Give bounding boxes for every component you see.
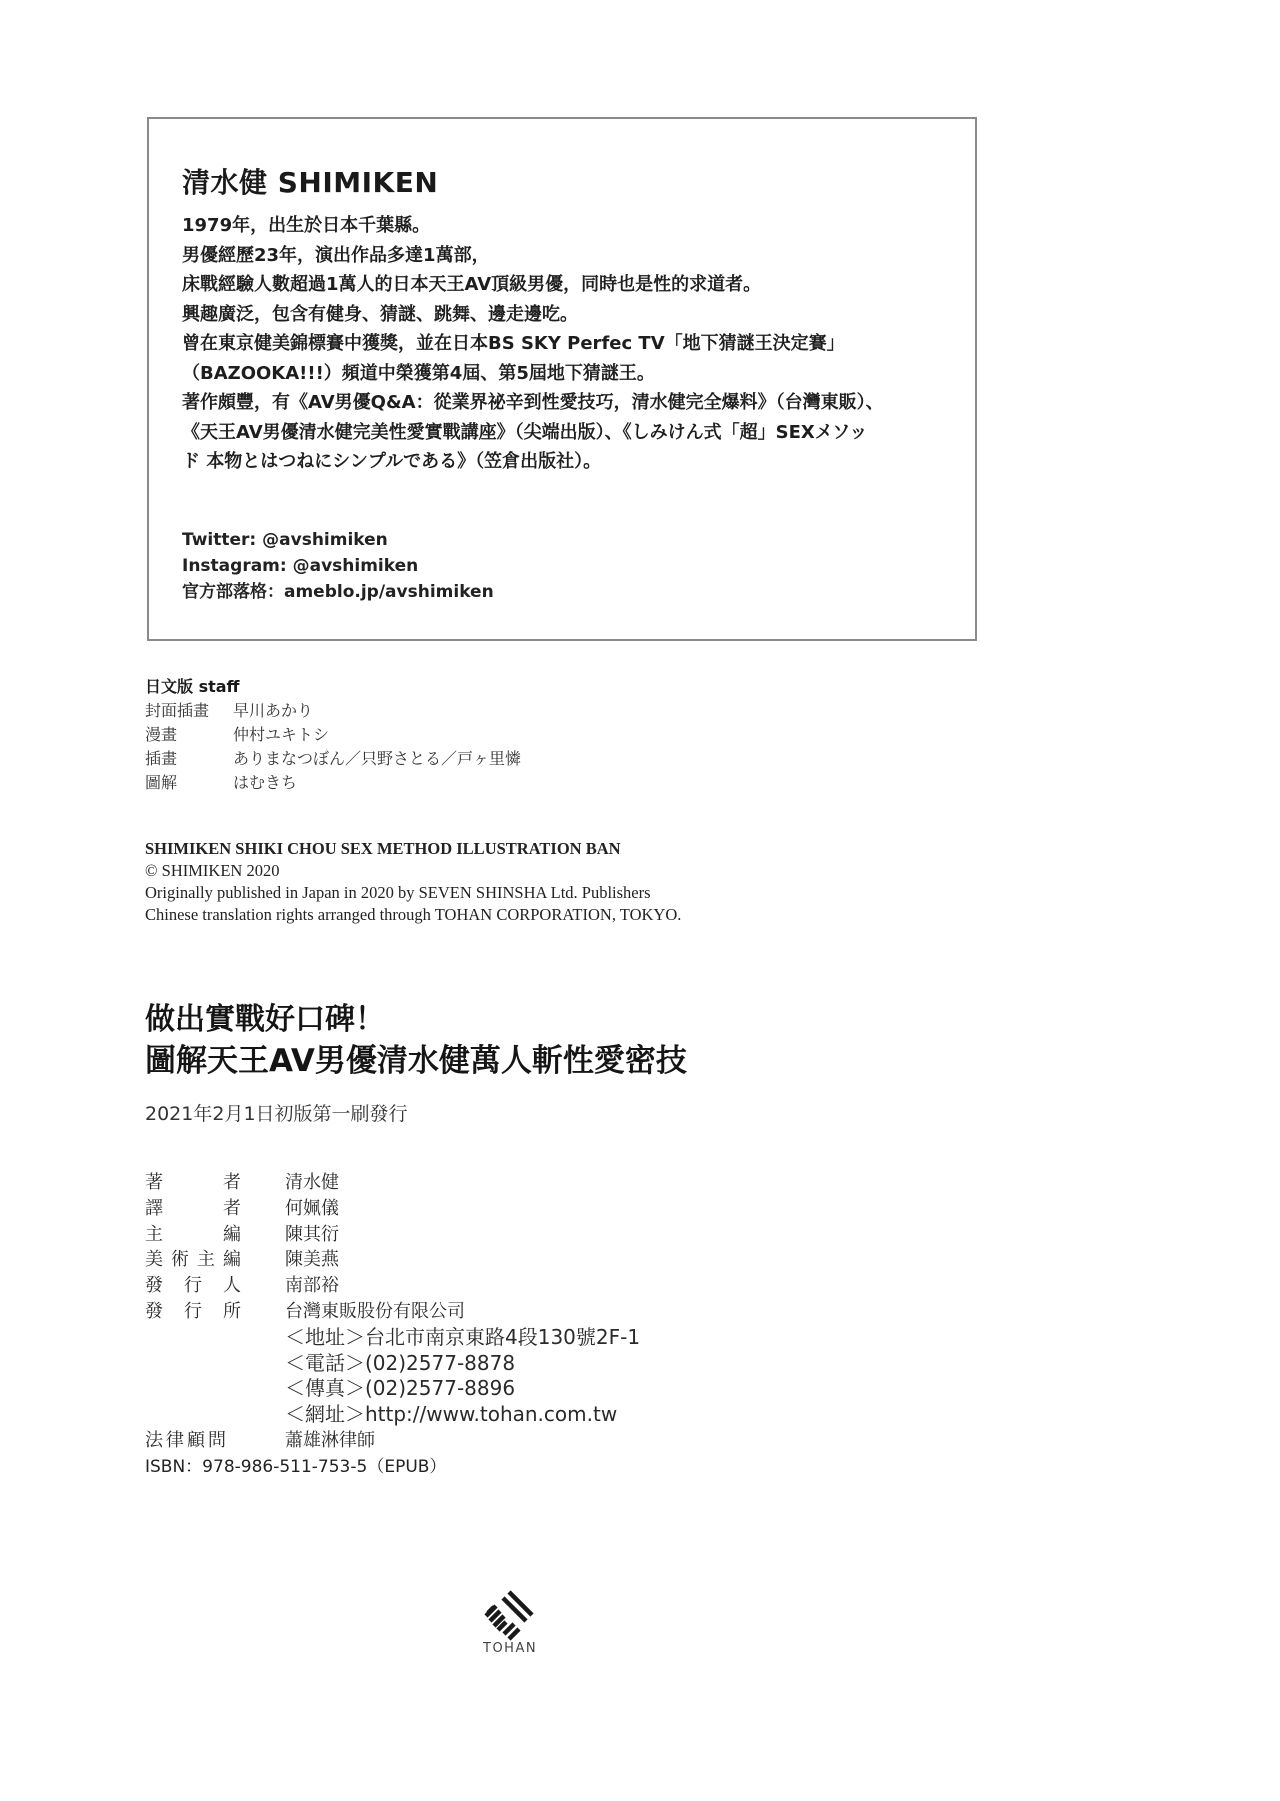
credit-value: 何姵儀 bbox=[285, 1196, 339, 1222]
credit-row-translator: 譯 者 何姵儀 bbox=[145, 1196, 640, 1222]
credit-row-legal: 法律顧問 蕭雄淋律師 bbox=[145, 1428, 640, 1454]
credit-role: 發 行 人 bbox=[145, 1273, 241, 1299]
author-bio-box: 清水健 SHIMIKEN 1979年，出生於日本千葉縣。 男優經歷23年，演出作… bbox=[147, 117, 977, 641]
staff-row: 封面插畫 早川あかり bbox=[145, 699, 521, 723]
bio-line: 1979年，出生於日本千葉縣。 bbox=[182, 211, 962, 241]
isbn: ISBN：978-986-511-753-5（EPUB） bbox=[145, 1454, 640, 1480]
rights-section: SHIMIKEN SHIKI CHOU SEX METHOD ILLUSTRAT… bbox=[145, 838, 681, 926]
original-title: SHIMIKEN SHIKI CHOU SEX METHOD ILLUSTRAT… bbox=[145, 838, 681, 860]
staff-role: 漫畫 bbox=[145, 723, 233, 747]
staff-name: 早川あかり bbox=[233, 699, 313, 723]
staff-name: 仲村ユキトシ bbox=[233, 723, 329, 747]
staff-row: 插畫 ありまなつぼん／只野さとる／戸ヶ里憐 bbox=[145, 747, 521, 771]
publisher-address: ＜地址＞台北市南京東路4段130號2F-1 bbox=[145, 1325, 640, 1351]
bio-line: 男優經歷23年，演出作品多達1萬部， bbox=[182, 241, 962, 271]
credit-value: 陳其衍 bbox=[285, 1222, 339, 1248]
publisher-phone: ＜電話＞(02)2577-8878 bbox=[145, 1351, 640, 1377]
bio-line: 《天王AV男優清水健完美性愛實戰講座》（尖端出版）、《しみけん式「超」SEXメソ… bbox=[182, 418, 962, 448]
credit-role: 著 者 bbox=[145, 1170, 241, 1196]
credit-value: 蕭雄淋律師 bbox=[285, 1428, 375, 1454]
staff-role: 圖解 bbox=[145, 771, 233, 795]
publisher-fax: ＜傳真＞(02)2577-8896 bbox=[145, 1376, 640, 1402]
credit-row-publisher-company: 發 行 所 台灣東販股份有限公司 bbox=[145, 1299, 640, 1325]
credit-role: 主 編 bbox=[145, 1222, 241, 1248]
twitter-handle: Twitter: @avshimiken bbox=[182, 527, 494, 553]
credit-value: 南部裕 bbox=[285, 1273, 339, 1299]
credit-value: 清水健 bbox=[285, 1170, 339, 1196]
original-publisher: Originally published in Japan in 2020 by… bbox=[145, 882, 681, 904]
staff-name: はむきち bbox=[233, 771, 297, 795]
official-blog: 官方部落格：ameblo.jp/avshimiken bbox=[182, 579, 494, 605]
publisher-website: ＜網址＞http://www.tohan.com.tw bbox=[145, 1402, 640, 1428]
credit-row-editor: 主 編 陳其衍 bbox=[145, 1222, 640, 1248]
book-title: 做出實戰好口碑！ 圖解天王AV男優清水健萬人斬性愛密技 bbox=[145, 1000, 687, 1082]
staff-row: 圖解 はむきち bbox=[145, 771, 521, 795]
author-social-links: Twitter: @avshimiken Instagram: @avshimi… bbox=[182, 527, 494, 605]
credit-row-author: 著 者 清水健 bbox=[145, 1170, 640, 1196]
instagram-handle: Instagram: @avshimiken bbox=[182, 553, 494, 579]
edition-info: 2021年2月1日初版第一刷發行 bbox=[145, 1101, 408, 1127]
tohan-logo-icon bbox=[482, 1588, 542, 1668]
bio-line: 曾在東京健美錦標賽中獲獎，並在日本BS SKY Perfec TV「地下猜謎王決… bbox=[182, 329, 962, 359]
credit-role: 發 行 所 bbox=[145, 1299, 241, 1325]
bio-line: ド 本物とはつねにシンプルである》（笠倉出版社）。 bbox=[182, 447, 962, 477]
japanese-staff-section: 日文版 staff 封面插畫 早川あかり 漫畫 仲村ユキトシ 插畫 ありまなつぼ… bbox=[145, 675, 521, 795]
colophon-page: 清水健 SHIMIKEN 1979年，出生於日本千葉縣。 男優經歷23年，演出作… bbox=[0, 0, 1280, 1801]
credit-value: 陳美燕 bbox=[285, 1247, 339, 1273]
staff-role: 插畫 bbox=[145, 747, 233, 771]
staff-title: 日文版 staff bbox=[145, 675, 521, 699]
bio-line: （BAZOOKA!!!）頻道中榮獲第4屆、第5屆地下猜謎王。 bbox=[182, 359, 962, 389]
staff-role: 封面插畫 bbox=[145, 699, 233, 723]
author-bio-text: 1979年，出生於日本千葉縣。 男優經歷23年，演出作品多達1萬部， 床戰經驗人… bbox=[182, 211, 962, 477]
copyright-notice: © SHIMIKEN 2020 bbox=[145, 860, 681, 882]
credit-value: 台灣東販股份有限公司 bbox=[285, 1299, 465, 1325]
tohan-logo-text: TOHAN bbox=[483, 1641, 537, 1656]
author-name: 清水健 SHIMIKEN bbox=[182, 161, 438, 201]
translation-rights: Chinese translation rights arranged thro… bbox=[145, 904, 681, 926]
credit-row-publisher-person: 發 行 人 南部裕 bbox=[145, 1273, 640, 1299]
staff-name: ありまなつぼん／只野さとる／戸ヶ里憐 bbox=[233, 747, 521, 771]
credit-row-art-editor: 美 術 主 編 陳美燕 bbox=[145, 1247, 640, 1273]
credit-role: 譯 者 bbox=[145, 1196, 241, 1222]
credit-role: 美 術 主 編 bbox=[145, 1247, 241, 1273]
book-title-line-1: 做出實戰好口碑！ bbox=[145, 1000, 687, 1040]
bio-line: 著作頗豐，有《AV男優Q&A：從業界祕辛到性愛技巧，清水健完全爆料》（台灣東販）… bbox=[182, 388, 962, 418]
staff-row: 漫畫 仲村ユキトシ bbox=[145, 723, 521, 747]
credits-section: 著 者 清水健 譯 者 何姵儀 主 編 陳其衍 美 術 主 編 bbox=[145, 1170, 640, 1480]
bio-line: 興趣廣泛，包含有健身、猜謎、跳舞、邊走邊吃。 bbox=[182, 300, 962, 330]
bio-line: 床戰經驗人數超過1萬人的日本天王AV頂級男優，同時也是性的求道者。 bbox=[182, 270, 962, 300]
credit-role: 法律顧問 bbox=[145, 1428, 285, 1454]
book-title-line-2: 圖解天王AV男優清水健萬人斬性愛密技 bbox=[145, 1040, 687, 1082]
